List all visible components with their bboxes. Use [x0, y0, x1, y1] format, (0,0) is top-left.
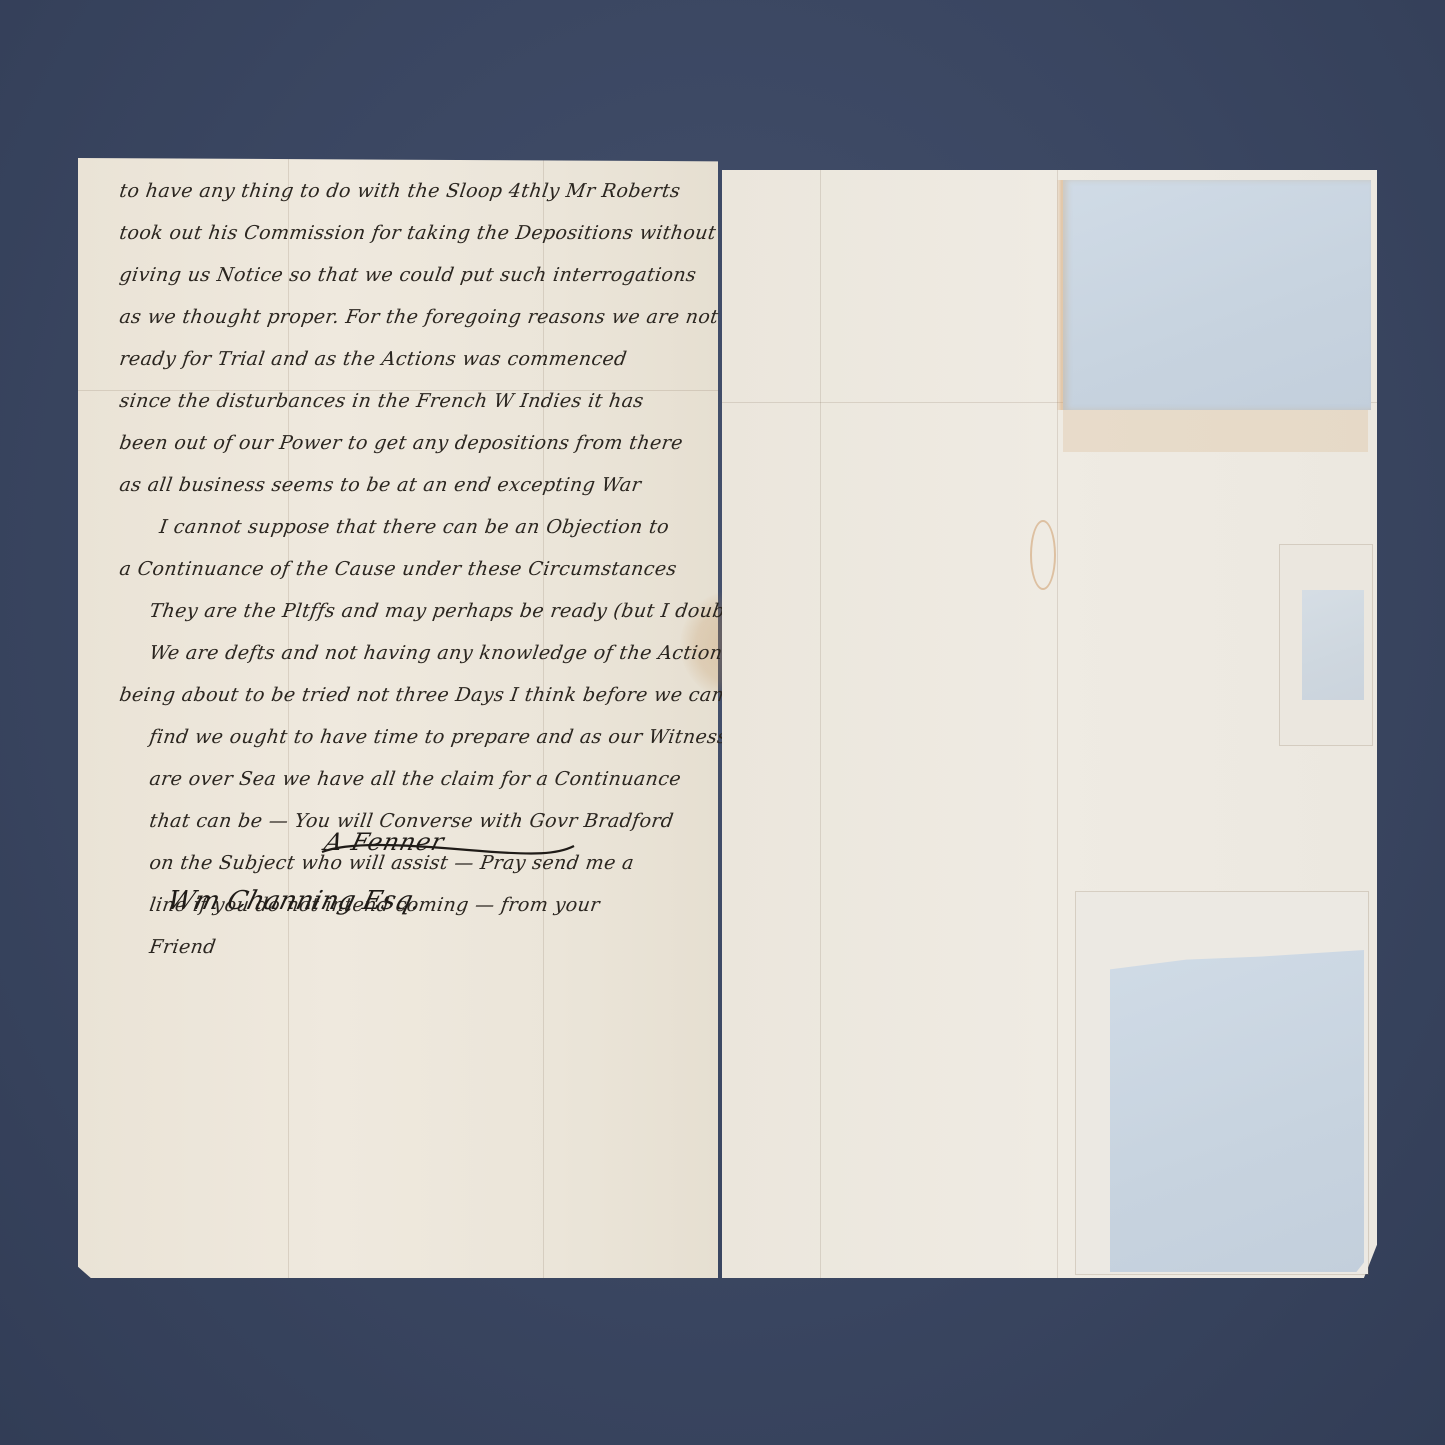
letter-closing: Friend — [148, 936, 217, 958]
photo-scene: to have any thing to do with the Sloop 4… — [0, 0, 1445, 1445]
letter-line: are over Sea we have all the claim for a… — [148, 768, 683, 790]
letter-line: find we ought to have time to prepare an… — [148, 726, 751, 748]
letter-line: to have any thing to do with the Sloop 4… — [118, 180, 682, 202]
addressee: Wm Channing Esq. — [164, 886, 424, 916]
fold-line — [820, 170, 821, 1278]
letter-line: a Continuance of the Cause under these C… — [118, 558, 678, 580]
letter-line: as all business seems to be at an end ex… — [118, 474, 643, 496]
letter-line: I cannot suppose that there can be an Ob… — [158, 516, 671, 538]
letter-line: since the disturbances in the French W I… — [118, 390, 645, 412]
letter-line: They are the Pltffs and may perhaps be r… — [148, 600, 742, 622]
blue-paper-piece-bottom — [1110, 950, 1364, 1272]
stain-band — [1063, 410, 1368, 452]
blue-paper-piece-top — [1063, 180, 1371, 410]
blue-paper-piece-mid — [1302, 590, 1364, 700]
ring-stain — [1030, 520, 1056, 590]
signature-flourish — [318, 840, 578, 860]
letter-line: We are defts and not having any knowledg… — [148, 642, 734, 664]
letter-line: been out of our Power to get any deposit… — [118, 432, 684, 454]
letter-line: giving us Notice so that we could put su… — [118, 264, 698, 286]
letter-line: took out his Commission for taking the D… — [118, 222, 718, 244]
letter-line: ready for Trial and as the Actions was c… — [118, 348, 628, 370]
letter-line: as we thought proper. For the foregoing … — [118, 306, 720, 328]
letter-line: being about to be tried not three Days I… — [118, 684, 743, 706]
